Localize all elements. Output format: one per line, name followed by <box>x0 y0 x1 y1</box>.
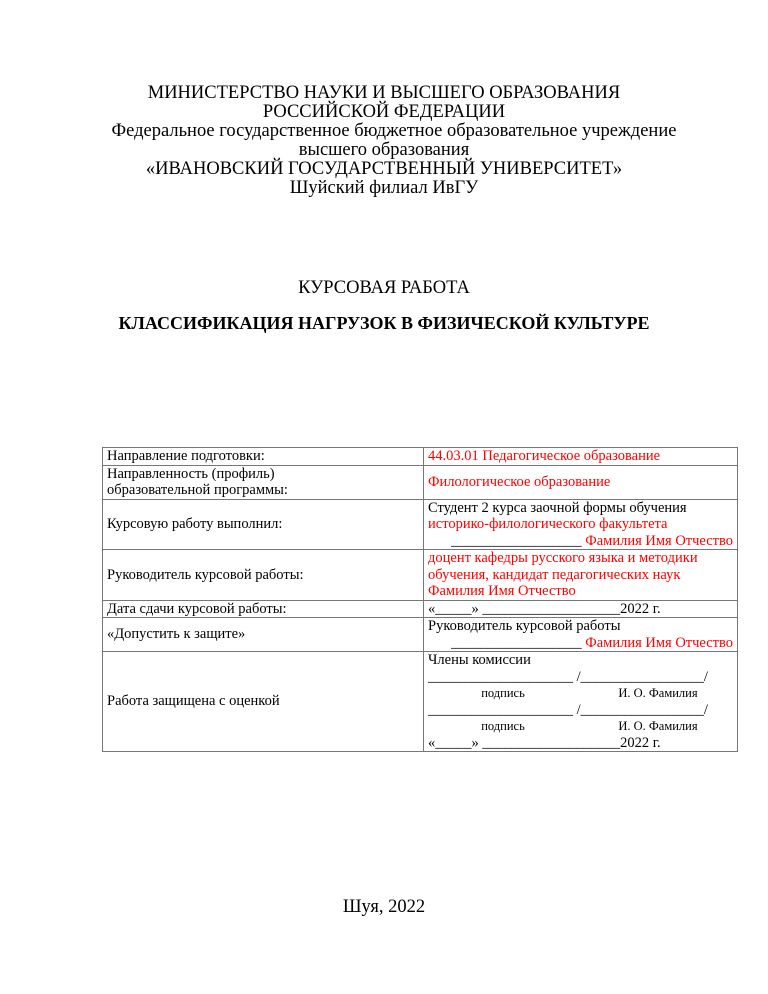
table-row: Руководитель курсовой работы: доцент каф… <box>103 550 738 601</box>
document-kind: КУРСОВАЯ РАБОТА <box>0 278 768 299</box>
signature-caption: подпись <box>428 718 578 735</box>
label-text: образовательной программы: <box>107 482 419 499</box>
signature-line: ____________________ /_________________/ <box>428 669 733 686</box>
table-row: Направленность (профиль) образовательной… <box>103 465 738 499</box>
document-title: КЛАССИФИКАЦИЯ НАГРУЗОК В ФИЗИЧЕСКОЙ КУЛЬ… <box>0 313 768 334</box>
header-line: МИНИСТЕРСТВО НАУКИ И ВЫСШЕГО ОБРАЗОВАНИЯ <box>0 84 768 103</box>
label-cell: Направленность (профиль) образовательной… <box>103 465 424 499</box>
value-cell: «_____» ___________________2022 г. <box>424 600 738 618</box>
blank-line: __________________ <box>451 635 582 651</box>
label-text: Направленность (профиль) <box>107 466 419 483</box>
table-row: Дата сдачи курсовой работы: «_____» ____… <box>103 600 738 618</box>
student-name: Фамилия Имя Отчество <box>585 533 733 549</box>
branch-name: Шуйский филиал ИвГУ <box>0 179 768 198</box>
label-cell: Дата сдачи курсовой работы: <box>103 600 424 618</box>
value-text: историко-филологического факультета <box>428 516 733 533</box>
ministry-header: МИНИСТЕРСТВО НАУКИ И ВЫСШЕГО ОБРАЗОВАНИЯ… <box>0 84 768 198</box>
header-line: РОССИЙСКОЙ ФЕДЕРАЦИИ <box>0 103 768 122</box>
place-year: Шуя, 2022 <box>0 897 768 918</box>
defense-date: «_____» ___________________2022 г. <box>428 735 733 752</box>
label-cell: Направление подготовки: <box>103 448 424 466</box>
label-cell: «Допустить к защите» <box>103 618 424 652</box>
header-line: высшего образования <box>0 141 768 160</box>
value-cell: Члены комиссии ____________________ /___… <box>424 652 738 752</box>
value-cell: 44.03.01 Педагогическое образование <box>424 448 738 466</box>
value-text: обучения, кандидат педагогических наук <box>428 567 733 584</box>
value-cell: доцент кафедры русского языка и методики… <box>424 550 738 601</box>
label-cell: Работа защищена с оценкой <box>103 652 424 752</box>
value-cell: Филологическое образование <box>424 465 738 499</box>
name-caption: И. О. Фамилия <box>583 685 733 702</box>
signature-caption: подпись <box>428 685 578 702</box>
table-row: «Допустить к защите» Руководитель курсов… <box>103 618 738 652</box>
signature-line: ____________________ /_________________/ <box>428 702 733 719</box>
supervisor-name: Фамилия Имя Отчество <box>428 583 733 600</box>
label-cell: Курсовую работу выполнил: <box>103 499 424 550</box>
header-line: Федеральное государственное бюджетное об… <box>0 122 768 141</box>
supervisor-name: Фамилия Имя Отчество <box>585 635 733 651</box>
university-name: «ИВАНОВСКИЙ ГОСУДАРСТВЕННЫЙ УНИВЕРСИТЕТ» <box>0 160 768 179</box>
table-row: Работа защищена с оценкой Члены комиссии… <box>103 652 738 752</box>
value-cell: Руководитель курсовой работы ___________… <box>424 618 738 652</box>
value-text: Студент 2 курса заочной формы обучения <box>428 500 733 517</box>
blank-line: __________________ <box>451 533 582 549</box>
table-row: Курсовую работу выполнил: Студент 2 курс… <box>103 499 738 550</box>
value-text: Руководитель курсовой работы <box>428 618 733 635</box>
info-table: Направление подготовки: 44.03.01 Педагог… <box>102 447 738 752</box>
value-text: доцент кафедры русского языка и методики <box>428 550 733 567</box>
table-row: Направление подготовки: 44.03.01 Педагог… <box>103 448 738 466</box>
commission-label: Члены комиссии <box>428 652 733 669</box>
label-cell: Руководитель курсовой работы: <box>103 550 424 601</box>
name-caption: И. О. Фамилия <box>583 718 733 735</box>
value-cell: Студент 2 курса заочной формы обучения и… <box>424 499 738 550</box>
